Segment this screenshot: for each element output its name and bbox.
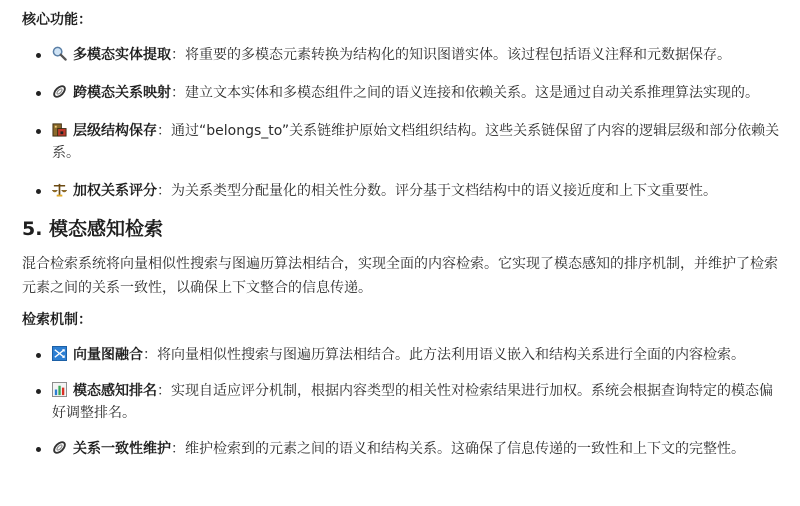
item-text: 建立文本实体和多模态组件之间的语义连接和依赖关系。这是通过自动关系推理算法实现的…	[185, 85, 759, 101]
core-functions-list: 多模态实体提取：将重要的多模态元素转换为结构化的知识图谱实体。该过程包括语义注释…	[22, 44, 782, 202]
item-term: 多模态实体提取	[73, 47, 171, 63]
core-functions-label: 核心功能：	[22, 10, 782, 30]
item-term: 向量图融合	[73, 347, 143, 363]
list-item: 模态感知排名：实现自适应评分机制，根据内容类型的相关性对检索结果进行加权。系统会…	[22, 380, 782, 424]
document-body: 核心功能： 多模态实体提取：将重要的多模态元素转换为结构化的知识图谱实体。该过程…	[0, 0, 782, 460]
link-icon	[52, 84, 67, 99]
shuffle-icon	[52, 346, 67, 361]
item-text: 将向量相似性搜索与图遍历算法相结合。此方法利用语义嵌入和结构关系进行全面的内容检…	[157, 347, 745, 363]
section-heading: 5. 模态感知检索	[22, 216, 782, 242]
retrieval-mechanism-label: 检索机制：	[22, 310, 782, 330]
magnifier-icon	[52, 46, 67, 61]
list-item: 向量图融合：将向量相似性搜索与图遍历算法相结合。此方法利用语义嵌入和结构关系进行…	[22, 344, 782, 366]
scales-icon	[52, 182, 67, 197]
list-item: 层级结构保存：通过“belongs_to”关系链维护原始文档组织结构。这些关系链…	[22, 120, 782, 164]
retrieval-mechanism-list: 向量图融合：将向量相似性搜索与图遍历算法相结合。此方法利用语义嵌入和结构关系进行…	[22, 344, 782, 460]
section-paragraph: 混合检索系统将向量相似性搜索与图遍历算法相结合，实现全面的内容检索。它实现了模态…	[22, 252, 782, 300]
item-text: 为关系类型分配量化的相关性分数。评分基于文档结构中的语义接近度和上下文重要性。	[171, 183, 717, 199]
item-text: 维护检索到的元素之间的语义和结构关系。这确保了信息传递的一致性和上下文的完整性。	[185, 441, 745, 457]
building-icon	[52, 122, 67, 137]
list-item: 跨模态关系映射：建立文本实体和多模态组件之间的语义连接和依赖关系。这是通过自动关…	[22, 82, 782, 104]
list-item: 多模态实体提取：将重要的多模态元素转换为结构化的知识图谱实体。该过程包括语义注释…	[22, 44, 782, 66]
item-text: 将重要的多模态元素转换为结构化的知识图谱实体。该过程包括语义注释和元数据保存。	[185, 47, 731, 63]
item-term: 跨模态关系映射	[73, 85, 171, 101]
bar-chart-icon	[52, 382, 67, 397]
item-term: 层级结构保存	[73, 123, 157, 139]
list-item: 加权关系评分：为关系类型分配量化的相关性分数。评分基于文档结构中的语义接近度和上…	[22, 180, 782, 202]
list-item: 关系一致性维护：维护检索到的元素之间的语义和结构关系。这确保了信息传递的一致性和…	[22, 438, 782, 460]
item-term: 模态感知排名	[73, 383, 157, 399]
item-term: 关系一致性维护	[73, 441, 171, 457]
link-icon	[52, 440, 67, 455]
item-term: 加权关系评分	[73, 183, 157, 199]
